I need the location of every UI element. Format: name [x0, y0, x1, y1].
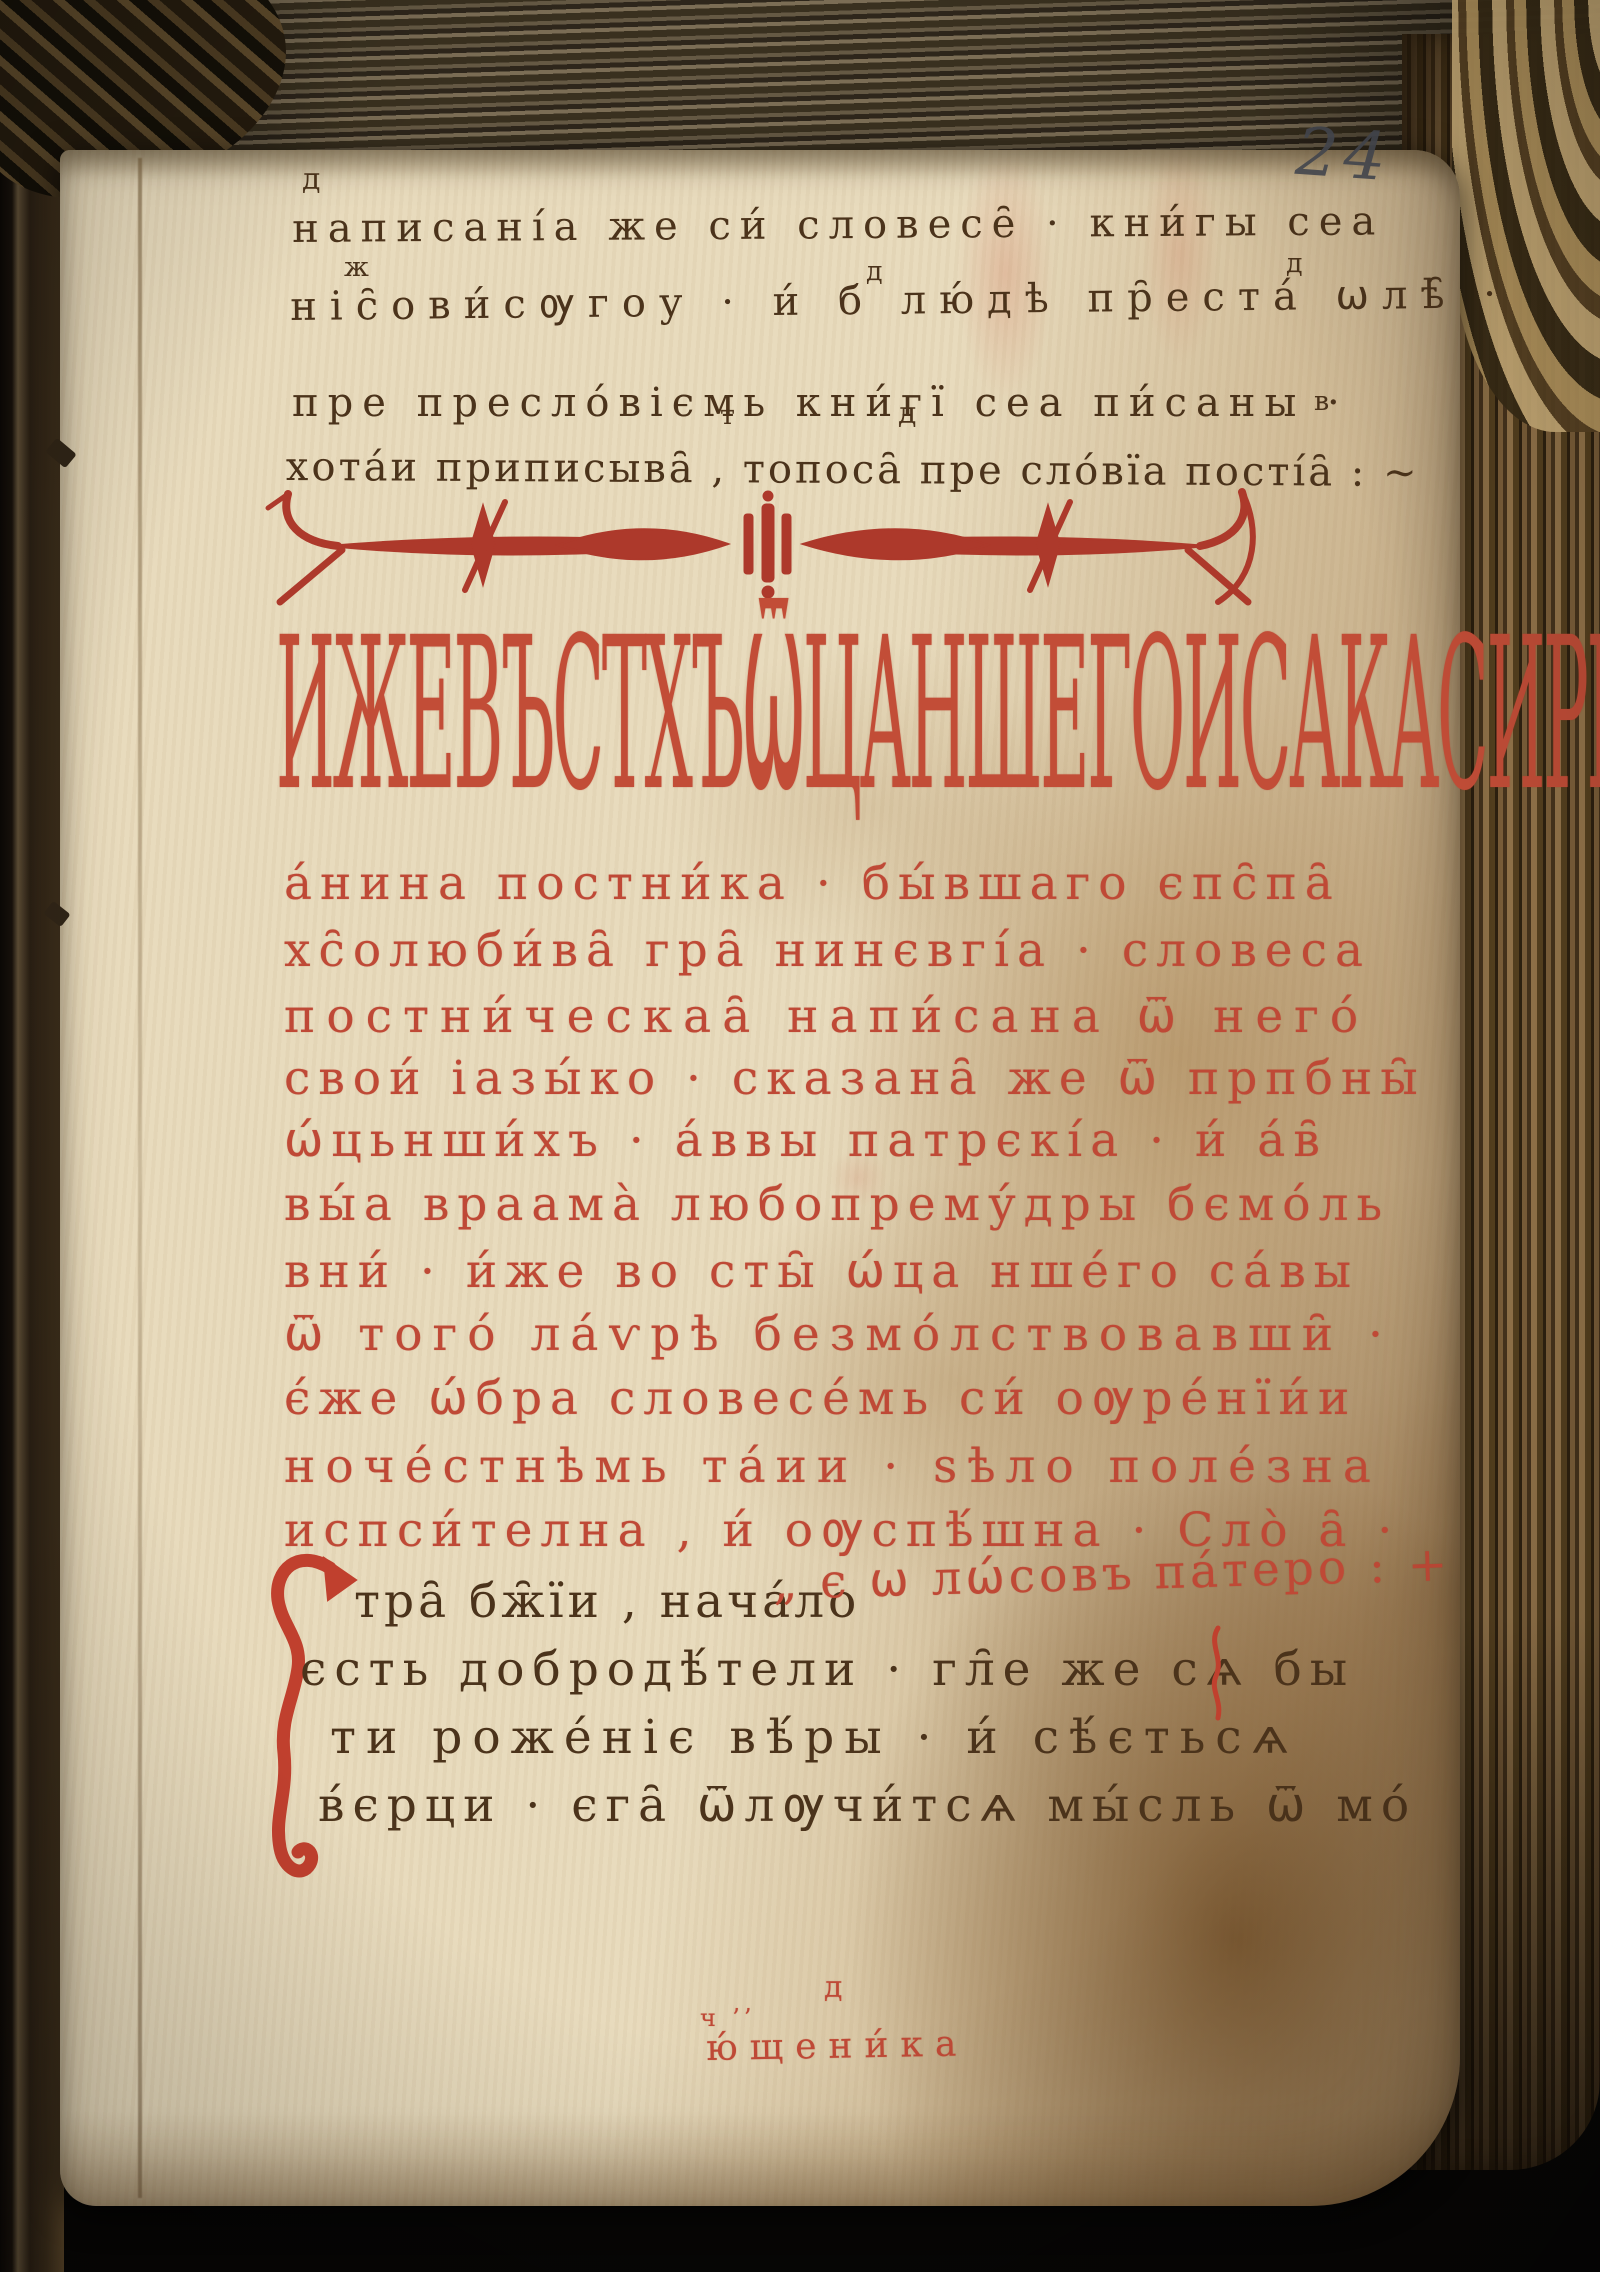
page-crease — [138, 158, 142, 2198]
superscript-letter: ж — [344, 252, 369, 283]
body-line-dark: єсть добродѣ́тели · гл̑е же сѧ бы — [300, 1642, 1355, 1697]
rubric-divider — [258, 488, 1258, 608]
superscript-letter: т — [720, 400, 735, 431]
manuscript-photo: 24 написані́а же си́ словесе̑ · кни́гы с… — [0, 0, 1600, 2272]
body-line-red: ѡ́цьнши́хъ · а́ввы патрєкі́а · и́ а́в̑ — [284, 1113, 1328, 1168]
body-line-red: вы́а враама̀ любопрему́дры бємо́ль — [284, 1177, 1390, 1232]
folio-number: 24 — [1293, 113, 1394, 197]
superscript-letter: д — [302, 162, 320, 197]
body-line-dark: ти роже́ніє вѣ́ры · и́ сѣ́єтьсѧ — [330, 1710, 1298, 1765]
body-line-red: свои́ іазы́ко · сказана̑ же ѿ прпбны̑ — [284, 1051, 1426, 1106]
body-line-red: хс̑олюби́ва̑ гра̑ нинєвгі́а · словеса — [284, 923, 1371, 978]
catchword-mark: д — [824, 1970, 846, 2005]
header-note-line: пре пресло́віємь кни́гї сеа пи́саны · — [292, 380, 1349, 426]
header-note-line: написані́а же си́ словесе̑ · кни́гы сеа — [292, 198, 1384, 252]
body-line-red: ноче́стнѣмь та́ии · ѕѣло поле́зна — [284, 1439, 1381, 1494]
superscript-letter: д — [866, 256, 883, 287]
superscript-letter: д — [1286, 248, 1303, 279]
body-line-red: вни́ · и́же во сты̑ ѡ́ца нше́го са́вы — [284, 1244, 1359, 1299]
body-line-red: є́же ѡ́бра словесе́мь си́ оѹре́нїи́и — [284, 1371, 1357, 1426]
superscript-letter: в — [1314, 386, 1329, 417]
margin-squiggle — [1206, 1626, 1230, 1722]
catchword: ю́щени́ка — [706, 2023, 969, 2069]
body-line-dark: в́єрци · єга̑ ѿлѹчи́тсѧ мы́сль ѿ мо́ — [318, 1778, 1417, 1833]
superscript-letter: д — [898, 396, 916, 431]
body-line-red: постни́ческаа̑ напи́сана ѿ него́ — [284, 989, 1369, 1044]
body-line-red: а́нина постни́ка · бы́вшаго єпс̑па̑ — [284, 856, 1341, 911]
vyaz-title: ИЖЕВЪСТХЪѾЦАНШЕГОИСАКАСИРИ — [276, 610, 1600, 820]
binding-gutter — [0, 0, 64, 2272]
body-line-red: ѿ того́ ла́ѵрѣ безмо́лствовавши̑ · — [284, 1307, 1393, 1362]
